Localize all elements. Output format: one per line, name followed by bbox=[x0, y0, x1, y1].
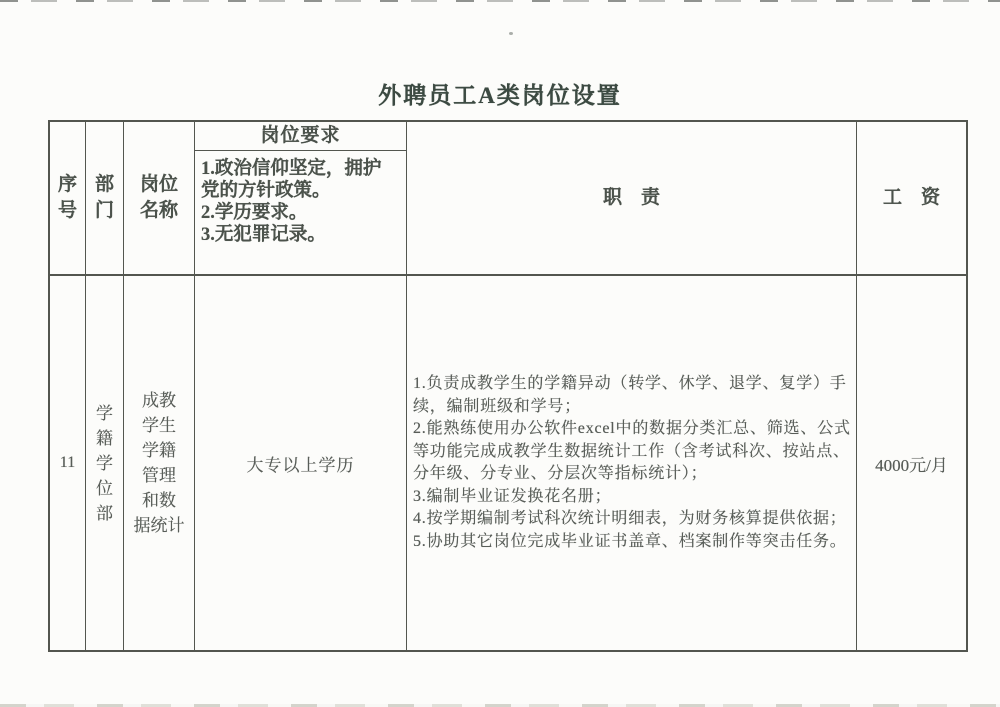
header-requirements-detail: 1.政治信仰坚定，拥护 党的方针政策。 2.学历要求。 3.无犯罪记录。 bbox=[195, 151, 406, 274]
scan-speck bbox=[509, 32, 513, 35]
header-requirements-cell: 岗位要求 1.政治信仰坚定，拥护 党的方针政策。 2.学历要求。 3.无犯罪记录… bbox=[195, 122, 407, 276]
document-title: 外聘员工A类岗位设置 bbox=[0, 82, 1000, 110]
row-duties: 1.负责成教学生的学籍异动（转学、休学、退学、复学）手 续，编制班级和学号； 2… bbox=[407, 276, 857, 650]
row-position-name: 成教 学生 学籍 管理 和数 据统计 bbox=[124, 276, 195, 650]
row-salary: 4000元/月 bbox=[857, 276, 966, 650]
header-seq: 序 号 bbox=[50, 122, 86, 276]
header-requirements-label: 岗位要求 bbox=[195, 122, 406, 151]
row-department: 学 籍 学 位 部 bbox=[86, 276, 124, 650]
scan-artifact-top-edge bbox=[0, 0, 1000, 2]
scanned-document-page: 外聘员工A类岗位设置 序 号 部 门 岗位 名称 岗位要求 1.政治信仰坚定，拥… bbox=[0, 0, 1000, 707]
row-seq: 11 bbox=[50, 276, 86, 650]
positions-table: 序 号 部 门 岗位 名称 岗位要求 1.政治信仰坚定，拥护 党的方针政策。 2… bbox=[48, 120, 968, 652]
header-position-name: 岗位 名称 bbox=[124, 122, 195, 276]
header-duty: 职 责 bbox=[407, 122, 857, 276]
header-department: 部 门 bbox=[86, 122, 124, 276]
header-salary: 工 资 bbox=[857, 122, 966, 276]
row-requirement: 大专以上学历 bbox=[195, 276, 407, 650]
